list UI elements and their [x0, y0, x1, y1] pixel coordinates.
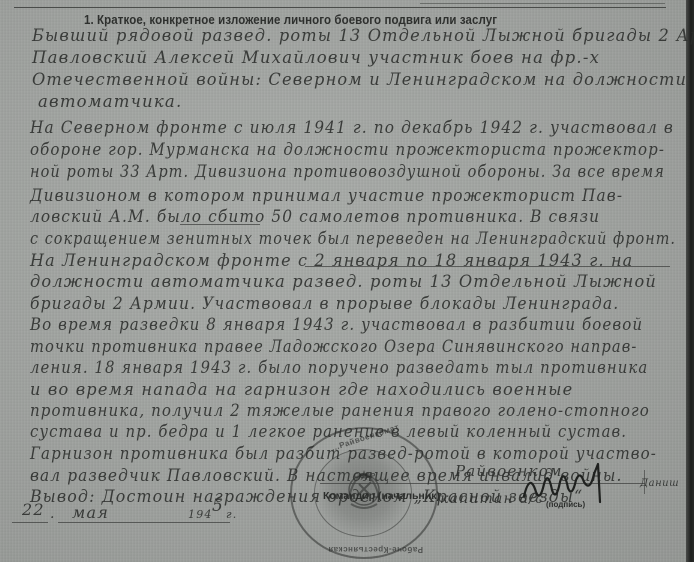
body-line-9: ловский А.М. было сбито 50 самолетов про…: [30, 207, 600, 226]
signatory-name: Даниш: [640, 478, 679, 489]
date-year-suffix: 5: [212, 496, 224, 516]
body-line-1: Бывший рядовой развед. роты 13 Отдельной…: [32, 26, 694, 45]
body-line-6: обороне гор. Мурманска на должности прож…: [30, 140, 665, 159]
body-line-7: ной роты 33 Арт. Дивизиона противовоздуш…: [30, 162, 665, 181]
date-separator: .: [50, 506, 56, 522]
body-line-10: с сокращением зенитных точек был перевед…: [30, 229, 676, 248]
date-month-year-rule: [58, 522, 230, 523]
top-ruled-line-short: [420, 3, 665, 4]
date-month: мая: [72, 503, 109, 522]
body-line-11: На Ленинградском фронте с 2 января по 18…: [30, 251, 633, 270]
body-line-3: Отечественной войны: Северном и Ленингра…: [32, 70, 687, 89]
body-line-4: автоматчика.: [38, 92, 182, 111]
body-line-17: и во время напада на гарнизон где находи…: [30, 380, 573, 399]
section-heading-printed: 1. Краткое, конкретное изложение личного…: [84, 13, 497, 27]
body-line-13: бригады 2 Армии. Участвовал в прорыве бл…: [30, 294, 619, 313]
scan-edge-shadow: [686, 0, 694, 562]
body-line-12: должности автоматчика развед. роты 13 От…: [30, 272, 657, 291]
body-line-16: ления. 18 января 1943 г. было поручено р…: [30, 358, 648, 377]
body-line-8: Дивизионом в котором принимал участие пр…: [30, 186, 623, 205]
date-year-prefix: 194: [188, 508, 213, 521]
body-line-15: точки противника правее Ладожского Озера…: [30, 337, 637, 356]
date-day-rule: [12, 522, 48, 523]
stamp-text-inner: СССР: [354, 473, 376, 480]
underline-planes-shot-down: [180, 224, 260, 225]
body-line-18: противника, получил 2 тяжелые ранения пр…: [30, 401, 650, 420]
body-line-14: Во время разведки 8 января 1943 г. участ…: [30, 315, 643, 334]
signatory-title-printed: Командир (начальник): [323, 490, 440, 502]
date-year-abbrev: г.: [226, 508, 237, 521]
date-day: 22: [22, 500, 45, 519]
top-ruled-line: [14, 7, 666, 8]
handwritten-signature-icon: [520, 462, 620, 506]
body-line-5: На Северном фронте с июля 1941 г. по дек…: [30, 118, 674, 137]
underline-leningrad-dates: [305, 266, 670, 267]
stamp-text-bottom: Рабоче-Крестьянская: [328, 545, 423, 554]
body-line-2: Павловский Алексей Михайлович участник б…: [32, 48, 600, 67]
